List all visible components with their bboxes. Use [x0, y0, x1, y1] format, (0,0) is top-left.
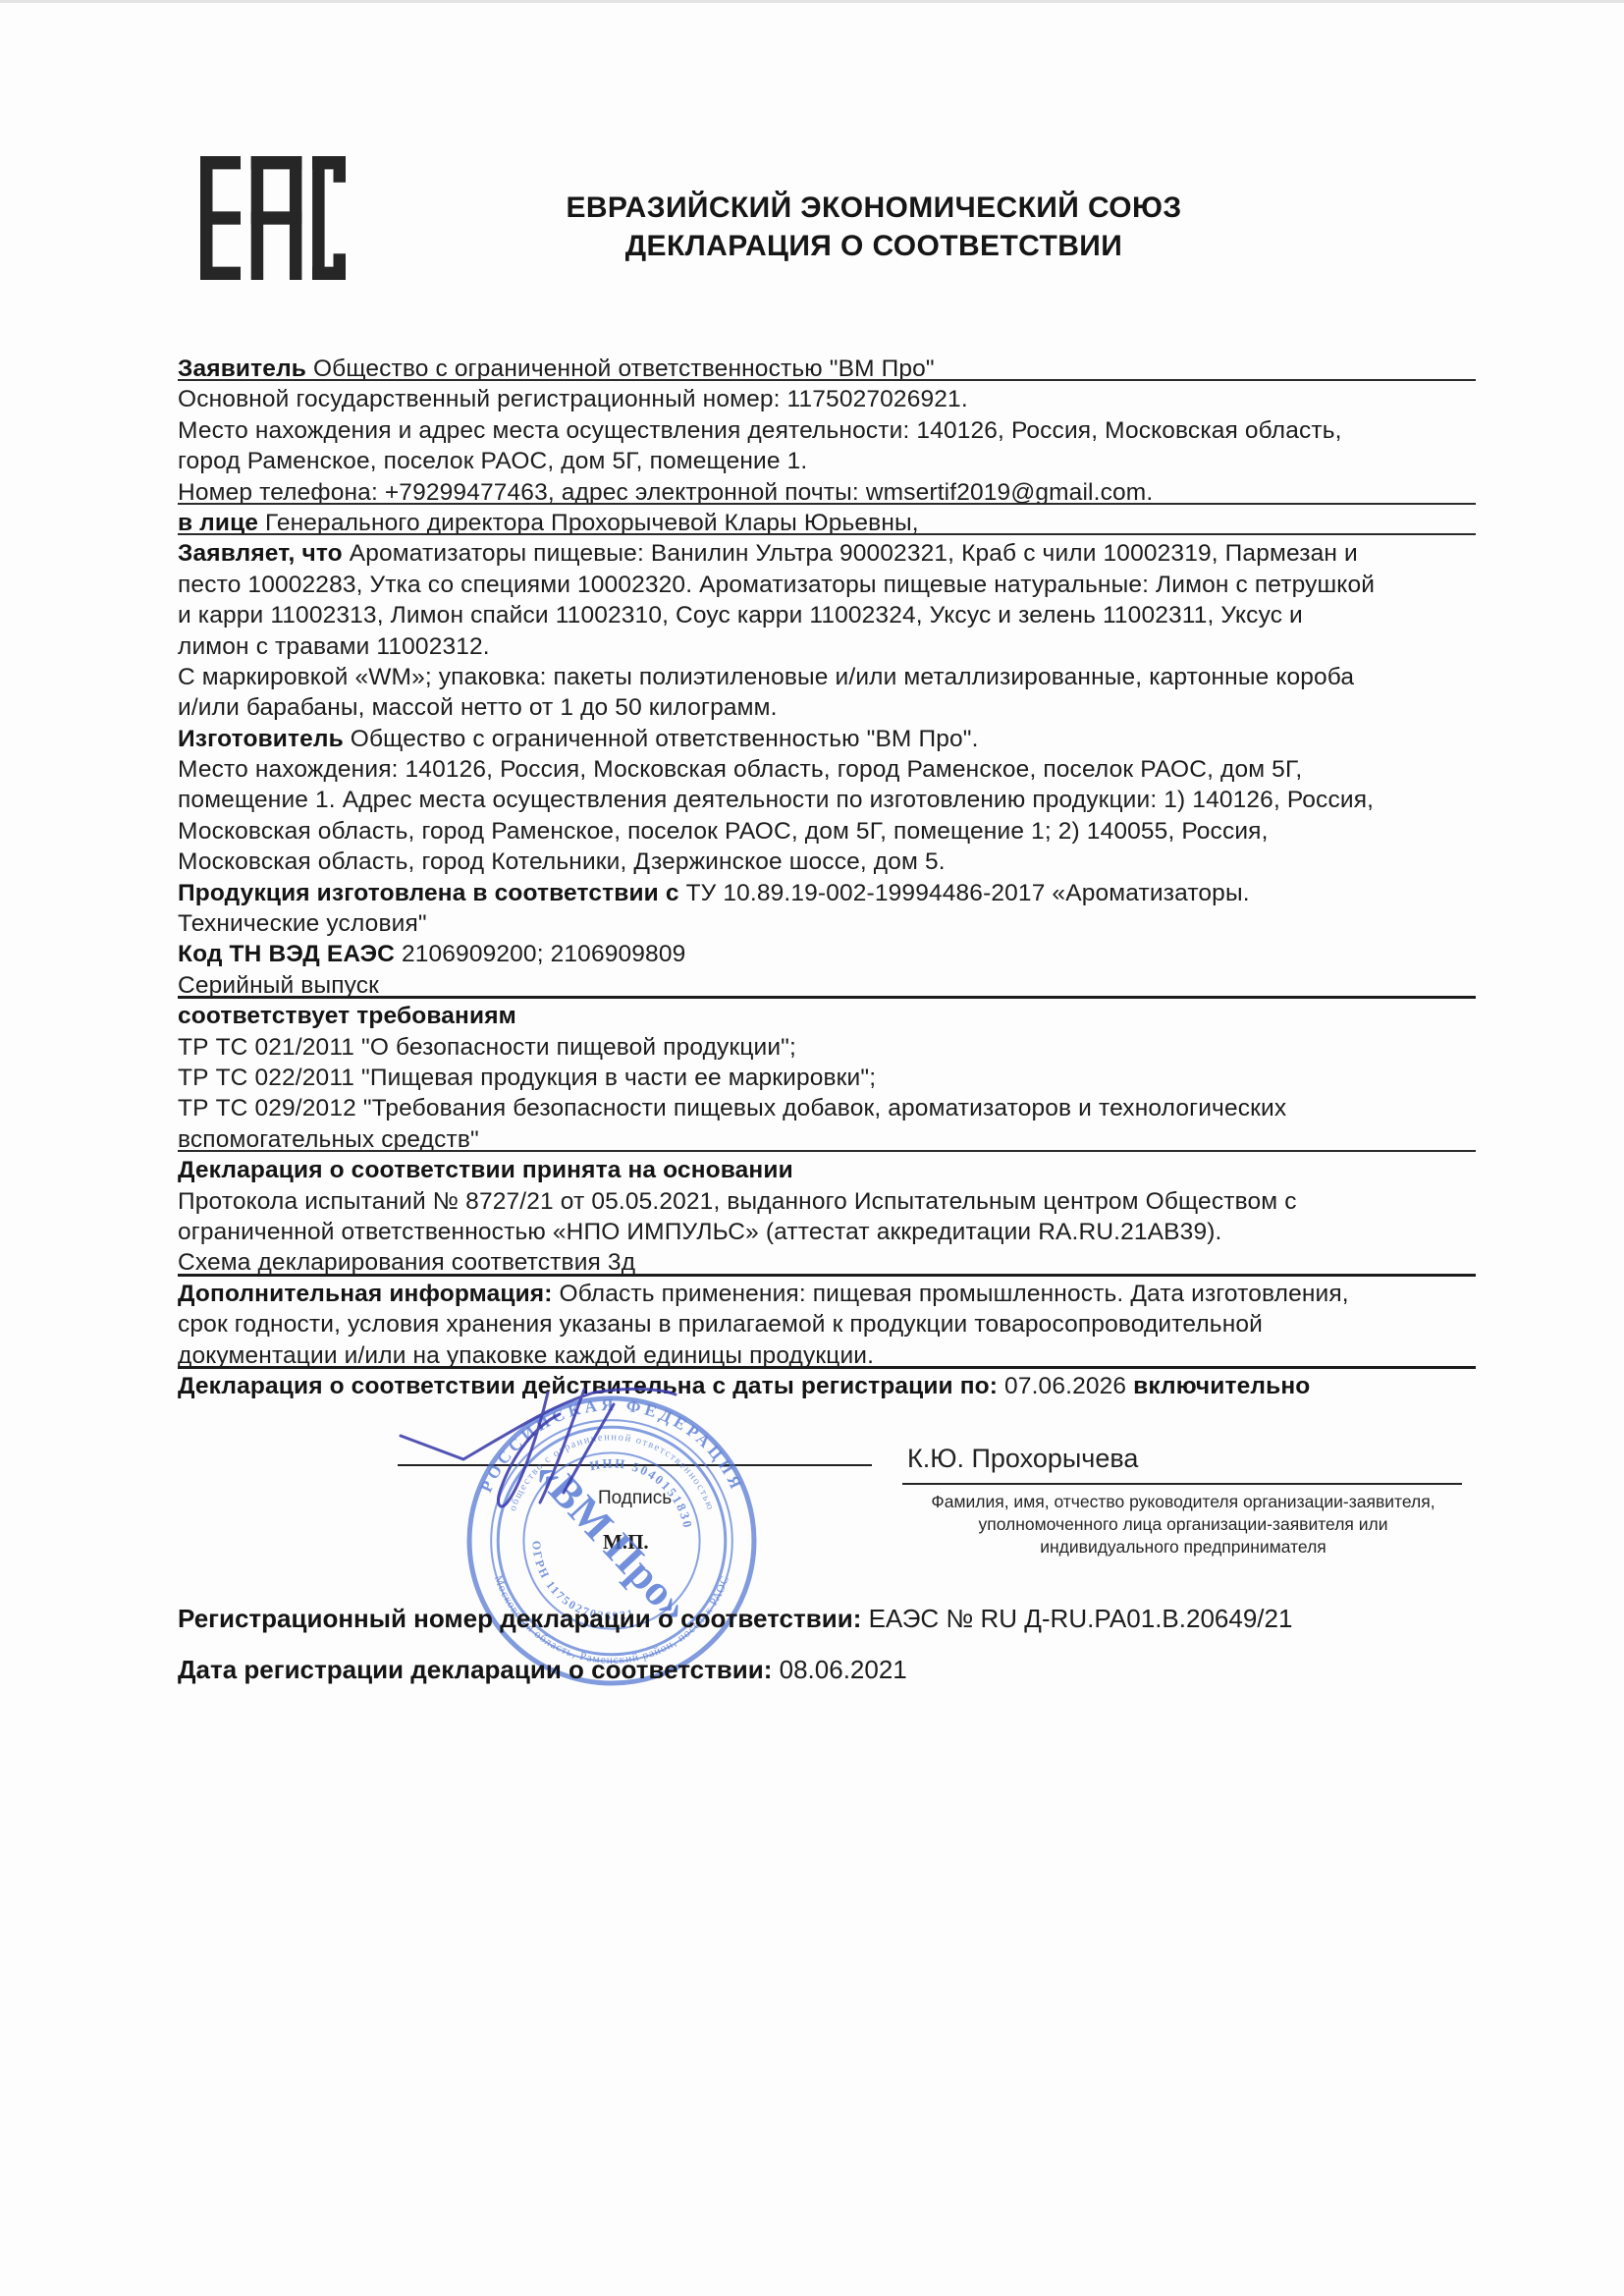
text-line: Технические условия" [178, 908, 1476, 939]
signatory-name: К.Ю. Прохорычева [907, 1444, 1138, 1474]
eac-mark-logo [200, 156, 346, 280]
text-line: Заявляет, что Ароматизаторы пищевые: Ван… [178, 538, 1476, 569]
signatory-name-underline [902, 1483, 1462, 1485]
text-line: Московская область, город Раменское, пос… [178, 816, 1476, 847]
document-title: ЕВРАЗИЙСКИЙ ЭКОНОМИЧЕСКИЙ СОЮЗ ДЕКЛАРАЦИ… [511, 189, 1237, 265]
title-union: ЕВРАЗИЙСКИЙ ЭКОНОМИЧЕСКИЙ СОЮЗ [511, 189, 1237, 227]
text-line: Протокола испытаний № 8727/21 от 05.05.2… [178, 1186, 1476, 1217]
registration-footer: Регистрационный номер декларации о соотв… [178, 1593, 1552, 1695]
text-line: песто 10002283, Утка со специями 1000232… [178, 570, 1476, 600]
text-line: Основной государственный регистрационный… [178, 384, 1476, 414]
text-line: Дополнительная информация: Область приме… [178, 1279, 1476, 1309]
text-line: Схема декларирования соответствия 3д [178, 1247, 1476, 1278]
text-line: Изготовитель Общество с ограниченной отв… [178, 724, 1476, 754]
text-line: Место нахождения и адрес места осуществл… [178, 415, 1476, 446]
text-line: и карри 11002313, Лимон спайси 11002310,… [178, 600, 1476, 630]
text-line: Заявитель Общество с ограниченной ответс… [178, 354, 1476, 384]
text-line: Регистрационный номер декларации о соотв… [178, 1593, 1552, 1644]
text-line: Серийный выпуск [178, 970, 1476, 1001]
text-line: Место нахождения: 140126, Россия, Москов… [178, 754, 1476, 785]
text-line: Продукция изготовлена в соответствии с Т… [178, 878, 1476, 908]
text-line: срок годности, условия хранения указаны … [178, 1309, 1476, 1339]
text-line: Номер телефона: +79299477463, адрес элек… [178, 477, 1476, 508]
handwritten-signature [373, 1365, 707, 1532]
text-line: помещение 1. Адрес места осуществления д… [178, 785, 1476, 815]
text-line: вспомогательных средств" [178, 1124, 1476, 1155]
caption-line: Фамилия, имя, отчество руководителя орга… [889, 1491, 1478, 1513]
caption-line: индивидуального предпринимателя [889, 1536, 1478, 1558]
document-body: Заявитель Общество с ограниченной ответс… [178, 354, 1476, 1401]
text-line: и/или барабаны, массой нетто от 1 до 50 … [178, 692, 1476, 723]
text-line: ограниченной ответственностью «НПО ИМПУЛ… [178, 1217, 1476, 1247]
text-line: город Раменское, поселок РАОС, дом 5Г, п… [178, 446, 1476, 476]
text-line: соответствует требованиям [178, 1001, 1476, 1031]
signatory-name-caption: Фамилия, имя, отчество руководителя орга… [889, 1491, 1478, 1558]
text-line: Код ТН ВЭД ЕАЭС 2106909200; 2106909809 [178, 939, 1476, 969]
text-line: в лице Генерального директора Прохорычев… [178, 508, 1476, 538]
text-line: С маркировкой «WM»; упаковка: пакеты пол… [178, 662, 1476, 692]
text-line: Дата регистрации декларации о соответств… [178, 1644, 1552, 1695]
scanned-declaration-page: { "page": { "title_line1": "ЕВРАЗИЙСКИЙ … [0, 0, 1624, 2296]
caption-line: уполномоченного лица организации-заявите… [889, 1513, 1478, 1536]
text-line: ТР ТС 022/2011 "Пищевая продукция в част… [178, 1063, 1476, 1093]
title-declaration: ДЕКЛАРАЦИЯ О СООТВЕТСТВИИ [511, 227, 1237, 265]
text-line: лимон с травами 11002312. [178, 631, 1476, 662]
text-line: ТР ТС 021/2011 "О безопасности пищевой п… [178, 1032, 1476, 1063]
scanner-edge-artifact [0, 0, 1624, 3]
text-line: ТР ТС 029/2012 "Требования безопасности … [178, 1093, 1476, 1123]
text-line: Московская область, город Котельники, Дз… [178, 847, 1476, 877]
text-line: Декларация о соответствии принята на осн… [178, 1155, 1476, 1185]
